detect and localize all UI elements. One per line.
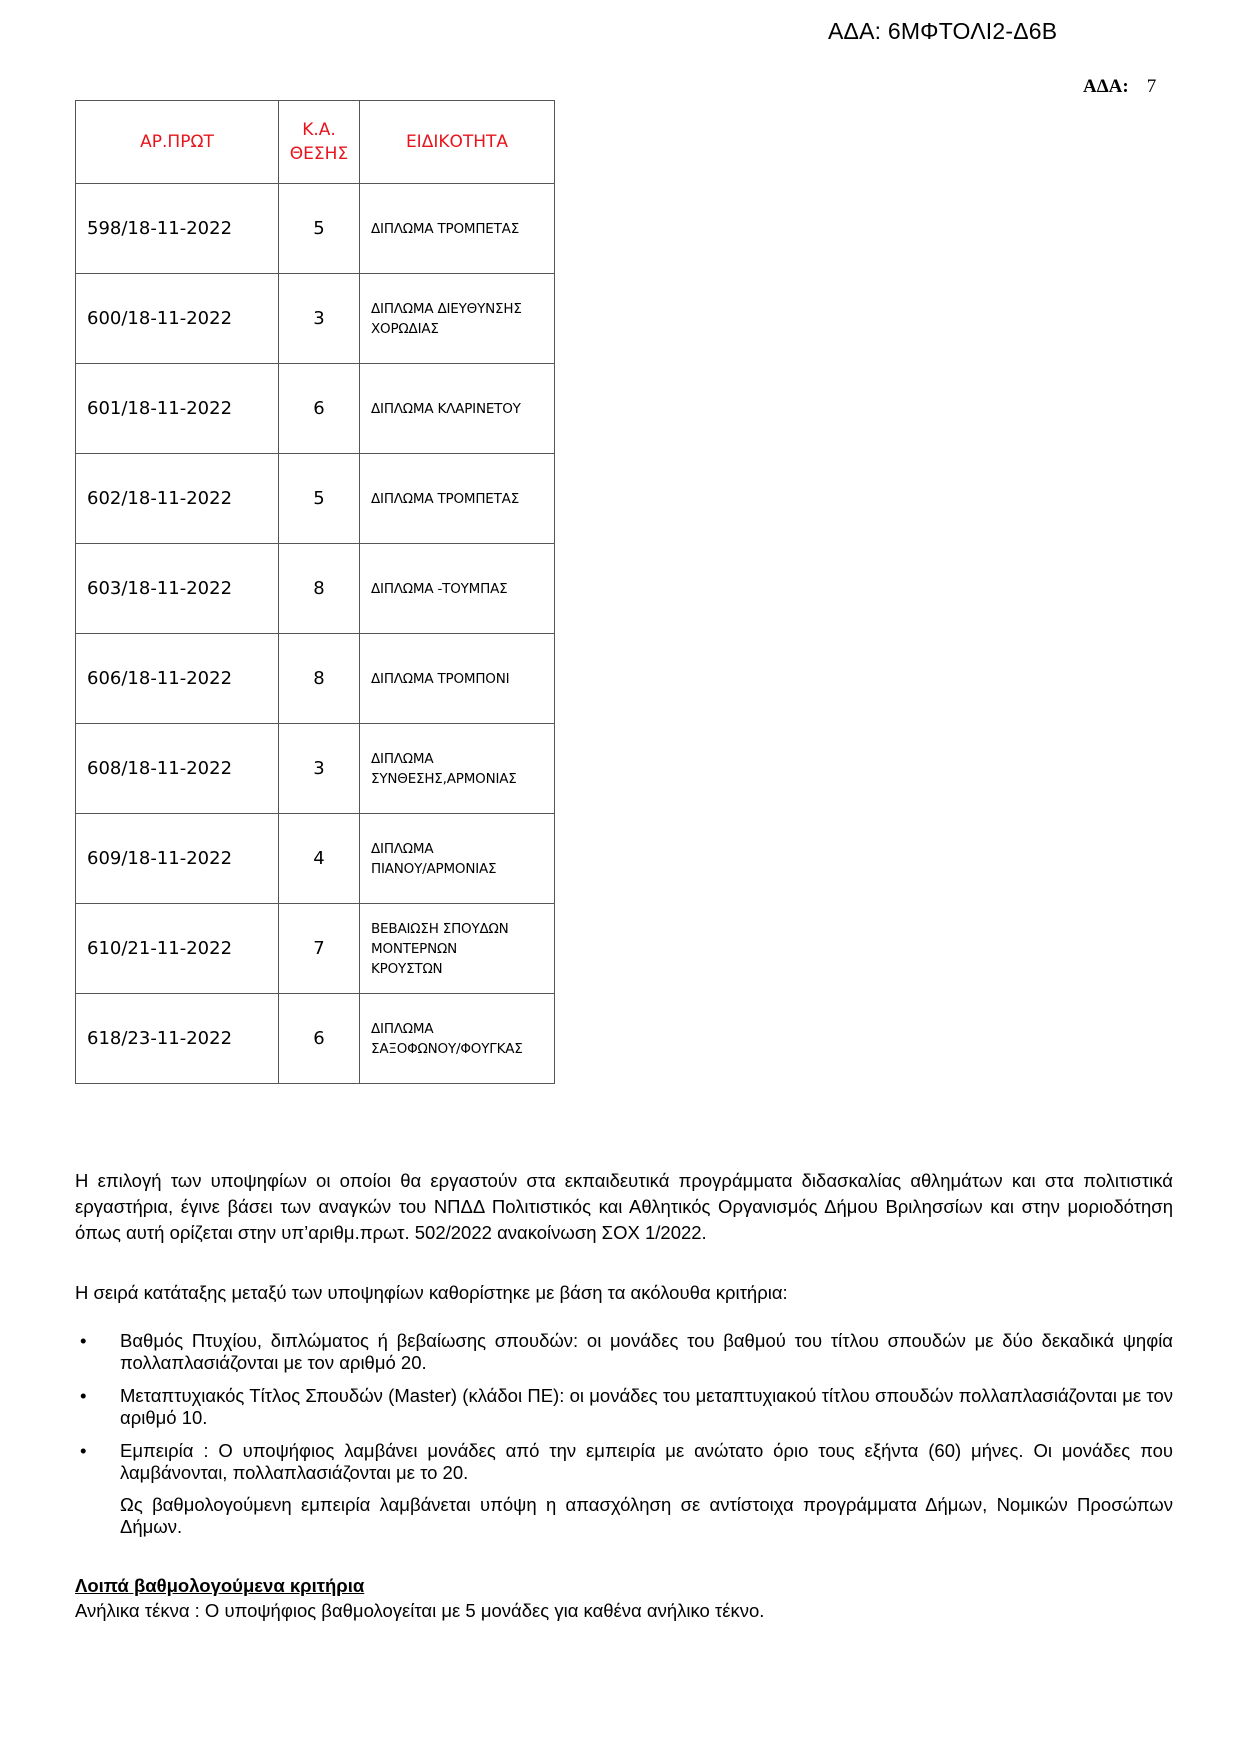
cell-prot: 618/23-11-2022 [76, 994, 279, 1084]
criterion-text: Εμπειρία : Ο υποψήφιος λαμβάνει μονάδες … [120, 1440, 1173, 1483]
table-header-row: ΑΡ.ΠΡΩΤ Κ.Α.ΘΕΣΗΣ ΕΙΔΙΚΟΤΗΤΑ [76, 101, 555, 184]
cell-ka: 5 [279, 454, 360, 544]
specialty-line: ΧΟΡΩΔΙΑΣ [371, 321, 439, 337]
table-row: 606/18-11-20228ΔΙΠΛΩΜΑ ΤΡΟΜΠΟΝΙ [76, 634, 555, 724]
cell-prot: 602/18-11-2022 [76, 454, 279, 544]
cell-prot: 606/18-11-2022 [76, 634, 279, 724]
cell-specialty: ΔΙΠΛΩΜΑ ΔΙΕΥΘΥΝΣΗΣΧΟΡΩΔΙΑΣ [360, 274, 555, 364]
specialty-line: ΒΕΒΑΙΩΣΗ ΣΠΟΥΔΩΝ [371, 921, 509, 937]
specialty-line: ΔΙΠΛΩΜΑ -ΤΟΥΜΠΑΣ [371, 581, 507, 597]
page-number: 7 [1147, 76, 1157, 97]
cell-prot: 598/18-11-2022 [76, 184, 279, 274]
bullet-icon: • [80, 1440, 86, 1462]
cell-specialty: ΔΙΠΛΩΜΑ ΚΛΑΡΙΝΕΤΟΥ [360, 364, 555, 454]
specialty-line: ΚΡΟΥΣΤΩΝ [371, 961, 442, 977]
table-row: 608/18-11-20223ΔΙΠΛΩΜΑΣΥΝΘΕΣΗΣ,ΑΡΜΟΝΙΑΣ [76, 724, 555, 814]
cell-specialty: ΔΙΠΛΩΜΑ -ΤΟΥΜΠΑΣ [360, 544, 555, 634]
cell-ka: 3 [279, 724, 360, 814]
table-row: 598/18-11-20225ΔΙΠΛΩΜΑ ΤΡΟΜΠΕΤΑΣ [76, 184, 555, 274]
cell-ka: 8 [279, 544, 360, 634]
specialty-line: ΔΙΠΛΩΜΑ [371, 1021, 433, 1037]
table-row: 602/18-11-20225ΔΙΠΛΩΜΑ ΤΡΟΜΠΕΤΑΣ [76, 454, 555, 544]
positions-table: ΑΡ.ΠΡΩΤ Κ.Α.ΘΕΣΗΣ ΕΙΔΙΚΟΤΗΤΑ 598/18-11-2… [75, 100, 555, 1084]
ranking-paragraph: Η σειρά κατάταξης μεταξύ των υποψηφίων κ… [75, 1280, 1173, 1306]
list-item: • Εμπειρία : Ο υποψήφιος λαμβάνει μονάδε… [75, 1440, 1173, 1538]
cell-prot: 601/18-11-2022 [76, 364, 279, 454]
bullet-icon: • [80, 1385, 86, 1407]
column-header-prot: ΑΡ.ΠΡΩΤ [76, 101, 279, 184]
cell-prot: 609/18-11-2022 [76, 814, 279, 904]
table-row: 610/21-11-20227ΒΕΒΑΙΩΣΗ ΣΠΟΥΔΩΝΜΟΝΤΕΡΝΩΝ… [76, 904, 555, 994]
table-row: 609/18-11-20224ΔΙΠΛΩΜΑΠΙΑΝΟΥ/ΑΡΜΟΝΙΑΣ [76, 814, 555, 904]
ada-code: ΑΔΑ: 6ΜΦΤΟΛΙ2-Δ6Β [828, 18, 1057, 45]
cell-specialty: ΔΙΠΛΩΜΑΣΑΞΟΦΩΝΟΥ/ΦΟΥΓΚΑΣ [360, 994, 555, 1084]
list-item: • Μεταπτυχιακός Τίτλος Σπουδών (Master) … [75, 1385, 1173, 1429]
specialty-line: ΜΟΝΤΕΡΝΩΝ [371, 941, 457, 957]
specialty-line: ΠΙΑΝΟΥ/ΑΡΜΟΝΙΑΣ [371, 861, 496, 877]
cell-specialty: ΔΙΠΛΩΜΑ ΤΡΟΜΠΕΤΑΣ [360, 454, 555, 544]
criterion-text: Βαθμός Πτυχίου, διπλώματος ή βεβαίωσης σ… [120, 1330, 1173, 1373]
criterion-text: Μεταπτυχιακός Τίτλος Σπουδών (Master) (κ… [120, 1385, 1173, 1428]
table-row: 600/18-11-20223ΔΙΠΛΩΜΑ ΔΙΕΥΘΥΝΣΗΣΧΟΡΩΔΙΑ… [76, 274, 555, 364]
cell-specialty: ΔΙΠΛΩΜΑΣΥΝΘΕΣΗΣ,ΑΡΜΟΝΙΑΣ [360, 724, 555, 814]
column-header-specialty: ΕΙΔΙΚΟΤΗΤΑ [360, 101, 555, 184]
ada-label: ΑΔΑ: [1083, 76, 1129, 97]
specialty-line: ΔΙΠΛΩΜΑ ΤΡΟΜΠΕΤΑΣ [371, 491, 519, 507]
table-row: 603/18-11-20228ΔΙΠΛΩΜΑ -ΤΟΥΜΠΑΣ [76, 544, 555, 634]
cell-prot: 608/18-11-2022 [76, 724, 279, 814]
specialty-line: ΔΙΠΛΩΜΑ ΔΙΕΥΘΥΝΣΗΣ [371, 301, 522, 317]
other-criteria-text: Ανήλικα τέκνα : Ο υποψήφιος βαθμολογείτα… [75, 1600, 764, 1622]
cell-ka: 6 [279, 994, 360, 1084]
cell-prot: 610/21-11-2022 [76, 904, 279, 994]
cell-ka: 7 [279, 904, 360, 994]
specialty-line: ΔΙΠΛΩΜΑ ΤΡΟΜΠΕΤΑΣ [371, 221, 519, 237]
specialty-line: ΔΙΠΛΩΜΑ ΚΛΑΡΙΝΕΤΟΥ [371, 401, 521, 417]
page-header: ΑΔΑ:7 [1083, 76, 1156, 98]
column-header-ka: Κ.Α.ΘΕΣΗΣ [279, 101, 360, 184]
cell-specialty: ΔΙΠΛΩΜΑΠΙΑΝΟΥ/ΑΡΜΟΝΙΑΣ [360, 814, 555, 904]
cell-ka: 5 [279, 184, 360, 274]
criterion-note: Ως βαθμολογούμενη εμπειρία λαμβάνεται υπ… [120, 1494, 1173, 1538]
cell-specialty: ΔΙΠΛΩΜΑ ΤΡΟΜΠΟΝΙ [360, 634, 555, 724]
cell-ka: 4 [279, 814, 360, 904]
selection-paragraph: Η επιλογή των υποψηφίων οι οποίοι θα εργ… [75, 1168, 1173, 1246]
cell-specialty: ΔΙΠΛΩΜΑ ΤΡΟΜΠΕΤΑΣ [360, 184, 555, 274]
cell-prot: 603/18-11-2022 [76, 544, 279, 634]
specialty-line: ΔΙΠΛΩΜΑ [371, 751, 433, 767]
list-item: • Βαθμός Πτυχίου, διπλώματος ή βεβαίωσης… [75, 1330, 1173, 1374]
cell-prot: 600/18-11-2022 [76, 274, 279, 364]
table-row: 601/18-11-20226ΔΙΠΛΩΜΑ ΚΛΑΡΙΝΕΤΟΥ [76, 364, 555, 454]
specialty-line: ΔΙΠΛΩΜΑ ΤΡΟΜΠΟΝΙ [371, 671, 509, 687]
cell-ka: 8 [279, 634, 360, 724]
cell-specialty: ΒΕΒΑΙΩΣΗ ΣΠΟΥΔΩΝΜΟΝΤΕΡΝΩΝΚΡΟΥΣΤΩΝ [360, 904, 555, 994]
table-row: 618/23-11-20226ΔΙΠΛΩΜΑΣΑΞΟΦΩΝΟΥ/ΦΟΥΓΚΑΣ [76, 994, 555, 1084]
bullet-icon: • [80, 1330, 86, 1352]
cell-ka: 6 [279, 364, 360, 454]
specialty-line: ΣΥΝΘΕΣΗΣ,ΑΡΜΟΝΙΑΣ [371, 771, 517, 787]
other-criteria-title: Λοιπά βαθμολογούμενα κριτήρια [75, 1575, 364, 1597]
specialty-line: ΔΙΠΛΩΜΑ [371, 841, 433, 857]
cell-ka: 3 [279, 274, 360, 364]
specialty-line: ΣΑΞΟΦΩΝΟΥ/ΦΟΥΓΚΑΣ [371, 1041, 523, 1057]
criteria-list: • Βαθμός Πτυχίου, διπλώματος ή βεβαίωσης… [75, 1330, 1173, 1549]
